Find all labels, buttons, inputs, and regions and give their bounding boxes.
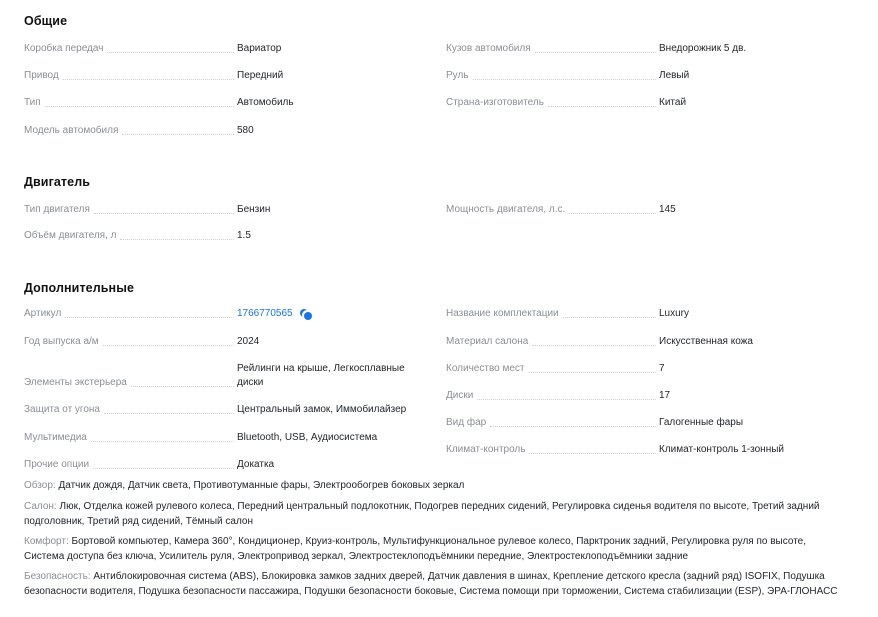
feature-label: Обзор:	[24, 480, 56, 491]
feature-value: Датчик дождя, Датчик света, Противотуман…	[58, 480, 464, 491]
spec-value: Бензин	[237, 203, 270, 217]
spec-value: Китай	[659, 96, 686, 110]
leader-dots	[94, 213, 234, 214]
article-number[interactable]: 1766770565	[237, 307, 293, 321]
spec-row-transmission: Коробка передач Вариатор	[24, 42, 414, 56]
spec-label: Коробка передач	[24, 42, 103, 56]
spec-row-engine-power: Мощность двигателя, л.с. 145	[446, 203, 866, 217]
feature-value: Бортовой компьютер, Камера 360°, Кондици…	[24, 536, 806, 562]
spec-value: Bluetooth, USB, Аудиосистема	[237, 431, 377, 445]
leader-dots	[93, 468, 234, 469]
leader-dots	[107, 52, 234, 53]
leader-dots	[120, 239, 234, 240]
spec-row-wheels: Диски 17	[446, 389, 866, 403]
spec-row-type: Тип Автомобиль	[24, 96, 414, 110]
spec-label: Количество мест	[446, 362, 525, 376]
spec-value: Левый	[659, 69, 689, 83]
spec-label: Руль	[446, 69, 469, 83]
spec-label: Диски	[446, 389, 473, 403]
spec-label: Модель автомобиля	[24, 124, 118, 138]
section-title-engine: Двигатель	[24, 175, 90, 189]
spec-value: 2024	[237, 335, 259, 349]
spec-row-other-options: Прочие опции Докатка	[24, 458, 414, 472]
spec-row-engine-volume: Объём двигателя, л 1.5	[24, 229, 414, 243]
spec-label: Тип	[24, 96, 41, 110]
spec-label: Элементы экстерьера	[24, 376, 127, 390]
spec-value: 145	[659, 203, 676, 217]
leader-dots	[548, 106, 656, 107]
spec-value: Галогенные фары	[659, 416, 743, 430]
spec-value: Вариатор	[237, 42, 281, 56]
section-title-general: Общие	[24, 14, 67, 28]
spec-value: Внедорожник 5 дв.	[659, 42, 746, 56]
feature-comfort: Комфорт: Бортовой компьютер, Камера 360°…	[24, 534, 849, 564]
spec-label: Прочие опции	[24, 458, 89, 472]
leader-dots	[490, 426, 656, 427]
spec-label: Материал салона	[446, 335, 528, 349]
spec-label: Вид фар	[446, 416, 486, 430]
spec-row-exterior: Элементы экстерьера Рейлинги на крыше, Л…	[24, 362, 414, 390]
spec-value: 580	[237, 124, 254, 138]
leader-dots	[473, 79, 657, 80]
spec-value: 17	[659, 389, 670, 403]
spec-row-country: Страна-изготовитель Китай	[446, 96, 866, 110]
spec-row-interior-material: Материал салона Искусственная кожа	[446, 335, 866, 349]
leader-dots	[529, 372, 657, 373]
feature-safety: Безопасность: Антиблокировочная система …	[24, 569, 849, 599]
spec-label: Мультимедиа	[24, 431, 87, 445]
leader-dots	[91, 441, 234, 442]
spec-label: Тип двигателя	[24, 203, 90, 217]
spec-value: Центральный замок, Иммобилайзер	[237, 403, 406, 417]
leader-dots	[45, 106, 234, 107]
spec-label: Название комплектации	[446, 307, 559, 321]
spec-row-multimedia: Мультимедиа Bluetooth, USB, Аудиосистема	[24, 431, 414, 445]
feature-label: Салон:	[24, 501, 57, 512]
spec-value: Автомобиль	[237, 96, 294, 110]
leader-dots	[532, 345, 656, 346]
spec-row-trim: Название комплектации Luxury	[446, 307, 866, 321]
feature-label: Комфорт:	[24, 536, 69, 547]
spec-value: Luxury	[659, 307, 689, 321]
leader-dots	[103, 345, 234, 346]
spec-row-climate: Климат-контроль Климат-контроль 1-зонный	[446, 443, 866, 457]
spec-value: 7	[659, 362, 665, 376]
spec-row-antitheft: Защита от угона Центральный замок, Иммоб…	[24, 403, 414, 417]
feature-overview: Обзор: Датчик дождя, Датчик света, Проти…	[24, 478, 849, 493]
spec-row-body: Кузов автомобиля Внедорожник 5 дв.	[446, 42, 866, 56]
spec-row-engine-type: Тип двигателя Бензин	[24, 203, 414, 217]
spec-label: Год выпуска а/м	[24, 335, 99, 349]
spec-label: Объём двигателя, л	[24, 229, 116, 243]
spec-label: Привод	[24, 69, 59, 83]
feature-interior: Салон: Люк, Отделка кожей рулевого колес…	[24, 499, 849, 529]
copy-icon[interactable]	[300, 309, 312, 320]
leader-dots	[122, 134, 234, 135]
feature-label: Безопасность:	[24, 571, 91, 582]
leader-dots	[63, 79, 234, 80]
leader-dots	[131, 386, 234, 387]
leader-dots	[65, 317, 234, 318]
spec-value: Искусственная кожа	[659, 335, 753, 349]
leader-dots	[477, 399, 656, 400]
spec-value: Климат-контроль 1-зонный	[659, 443, 784, 457]
feature-value: Люк, Отделка кожей рулевого колеса, Пере…	[24, 501, 820, 527]
spec-label: Кузов автомобиля	[446, 42, 531, 56]
spec-value: Докатка	[237, 458, 274, 472]
spec-label: Климат-контроль	[446, 443, 525, 457]
leader-dots	[535, 52, 656, 53]
leader-dots	[104, 413, 234, 414]
section-title-additional: Дополнительные	[24, 281, 134, 295]
leader-dots	[563, 317, 656, 318]
feature-value: Антиблокировочная система (ABS), Блокиро…	[24, 571, 838, 597]
spec-row-drive: Привод Передний	[24, 69, 414, 83]
spec-value: Передний	[237, 69, 283, 83]
spec-row-seats: Количество мест 7	[446, 362, 866, 376]
spec-label: Артикул	[24, 307, 61, 321]
spec-label: Защита от угона	[24, 403, 100, 417]
spec-row-article: Артикул 1766770565	[24, 307, 414, 321]
leader-dots	[569, 213, 656, 214]
spec-row-model: Модель автомобиля 580	[24, 124, 414, 138]
spec-value: 1.5	[237, 229, 251, 243]
article-number-link[interactable]: 1766770565	[237, 307, 312, 321]
spec-row-steering: Руль Левый	[446, 69, 866, 83]
spec-label: Мощность двигателя, л.с.	[446, 203, 565, 217]
spec-label: Страна-изготовитель	[446, 96, 544, 110]
leader-dots	[529, 453, 656, 454]
spec-value: Рейлинги на крыше, Легкосплавные диски	[237, 362, 422, 390]
spec-row-year: Год выпуска а/м 2024	[24, 335, 414, 349]
spec-row-headlights: Вид фар Галогенные фары	[446, 416, 866, 430]
